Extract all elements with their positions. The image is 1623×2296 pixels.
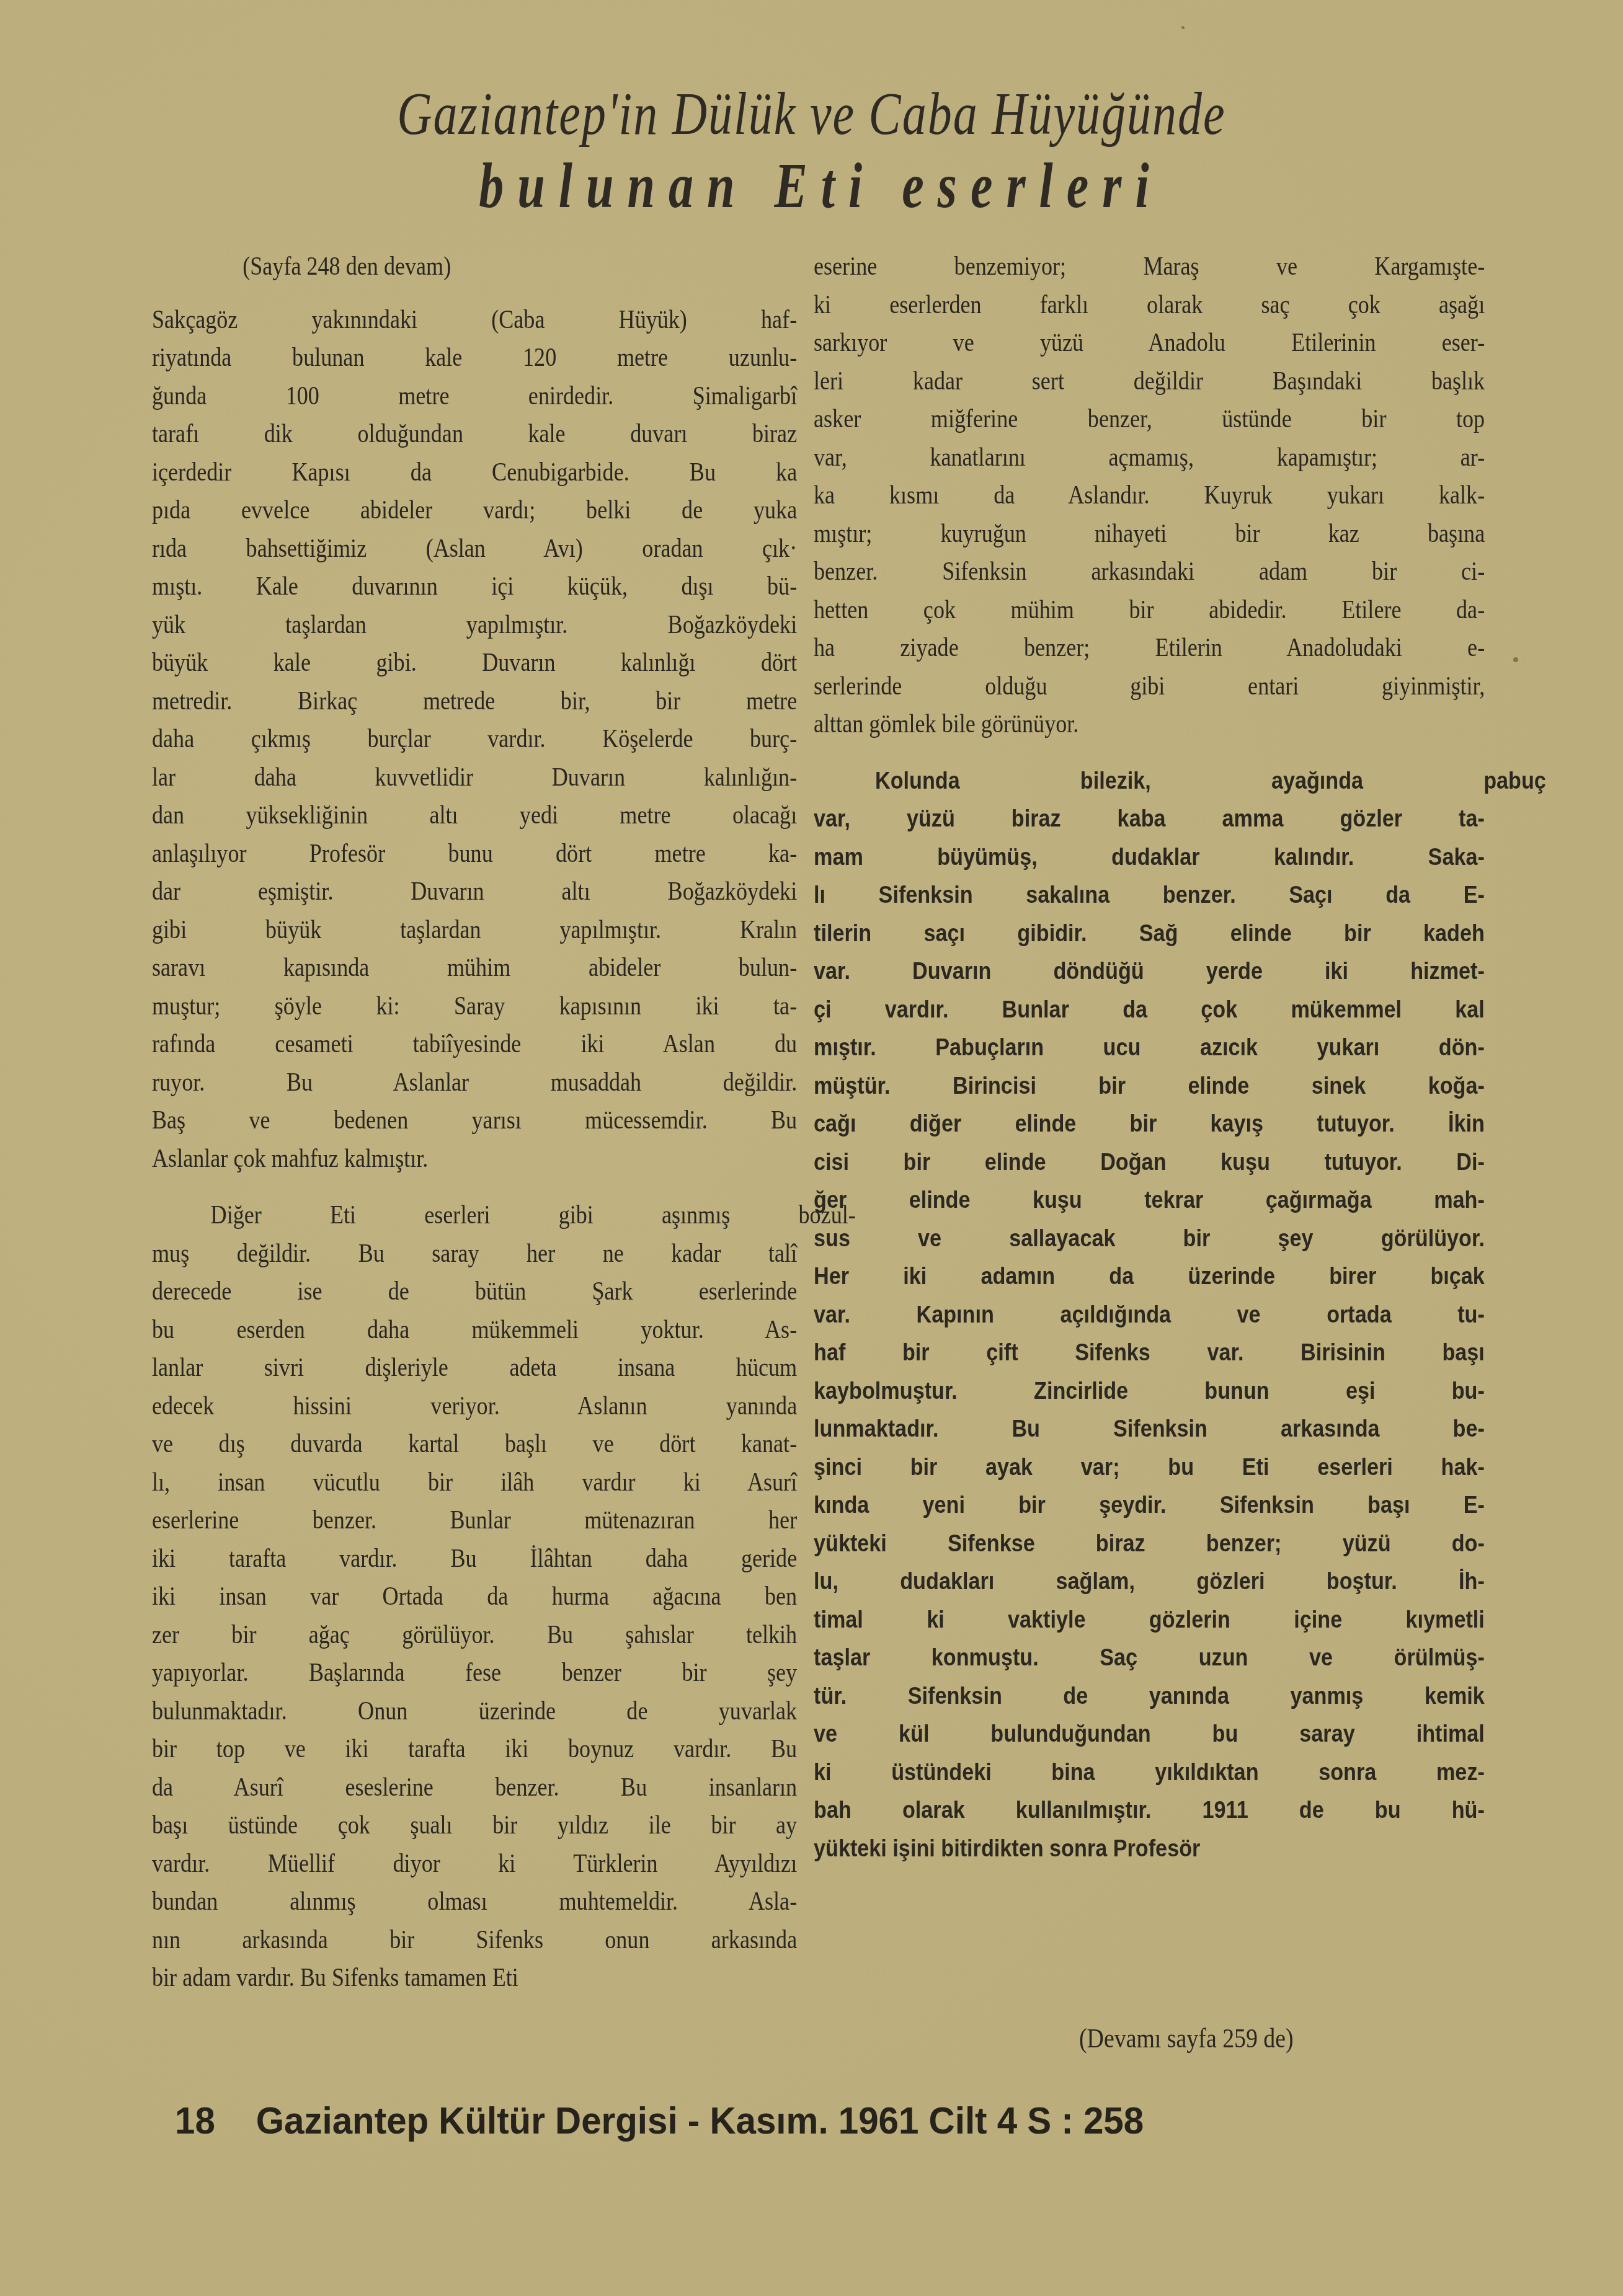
text-line: mıştır. Pabuçların ucu azıcık yukarı dön…	[814, 1029, 1485, 1068]
text-line: bundan alınmış olması muhtemeldir. Asla-	[152, 1883, 797, 1921]
text-line: ki eserlerden farklı olarak saç çok aşağ…	[814, 286, 1485, 325]
text-line: zer bir ağaç görülüyor. Bu şahıslar telk…	[152, 1616, 797, 1655]
text-line: gibi büyük taşlardan yapılmıştır. Kralın	[152, 911, 797, 950]
text-line: pıda evvelce abideler vardı; belki de yu…	[152, 492, 797, 530]
text-line: ha ziyade benzer; Etilerin Anadoludaki e…	[814, 629, 1485, 668]
text-line: Baş ve bedenen yarısı mücessemdir. Bu	[152, 1102, 797, 1140]
text-line: kaybolmuştur. Zincirlide bunun eşi bu-	[814, 1373, 1485, 1411]
left-paragraph-1: Sakçagöz yakınındaki (Caba Hüyük) haf-ri…	[152, 301, 797, 1179]
text-line: yükteki Sifenkse biraz benzer; yüzü do-	[814, 1525, 1485, 1564]
text-line: dar eşmiştir. Duvarın altı Boğazköydeki	[152, 873, 797, 911]
text-line: nın arkasında bir Sifenks onun arkasında	[152, 1921, 797, 1960]
continued-to-note: (Devamı sayfa 259 de)	[1079, 2023, 1294, 2054]
article-title-line-2: bulunan Eti eserleri	[0, 149, 1623, 223]
text-line: taşlar konmuştu. Saç uzun ve örülmüş-	[814, 1639, 1485, 1678]
text-line: ve dış duvarda kartal başlı ve dört kana…	[152, 1425, 797, 1464]
text-line: tarafı dik olduğundan kale duvarı biraz	[152, 415, 797, 454]
text-line: mam büyümüş, dudaklar kalındır. Saka-	[814, 839, 1485, 877]
text-line: cisi bir elinde Doğan kuşu tutuyor. Di-	[814, 1144, 1485, 1182]
right-paragraph-2: Kolunda bilezik, ayağında pabuçvar, yüzü…	[814, 763, 1485, 1869]
text-line: tilerin saçı gibidir. Sağ elinde bir kad…	[814, 915, 1485, 954]
text-line: çi vardır. Bunlar da çok mükemmel kal	[814, 991, 1485, 1030]
page-footer: 18Gaziantep Kültür Dergisi - Kasım. 1961…	[175, 2099, 1144, 2143]
continued-from-note: (Sayfa 248 den devam)	[152, 248, 887, 286]
text-line: saravı kapısında mühim abideler bulun-	[152, 949, 797, 988]
text-line: iki tarafta vardır. Bu İlâhtan daha geri…	[152, 1540, 797, 1579]
text-line: derecede ise de bütün Şark eserlerinde	[152, 1273, 797, 1311]
text-line: ruyor. Bu Aslanlar musaddah değildir.	[152, 1064, 797, 1102]
text-line: yapıyorlar. Başlarında fese benzer bir ş…	[152, 1654, 797, 1693]
text-line: vardır. Müellif diyor ki Türklerin Ayyıl…	[152, 1845, 797, 1884]
text-line: başı üstünde çok şualı bir yıldız ile bi…	[152, 1807, 797, 1845]
text-line: ğer elinde kuşu tekrar çağırmağa mah-	[814, 1182, 1485, 1220]
left-column: (Sayfa 248 den devam) Sakçagöz yakınında…	[152, 248, 797, 1998]
text-line: timal ki vaktiyle gözlerin içine kıymetl…	[814, 1602, 1485, 1640]
text-line: cağı diğer elinde bir kayış tutuyor. İki…	[814, 1106, 1485, 1144]
text-line: serlerinde olduğu gibi entari giyinmişti…	[814, 668, 1485, 706]
text-line: yükteki işini bitirdikten sonra Profesör	[814, 1830, 1485, 1869]
text-line: içerdedir Kapısı da Cenubigarbide. Bu ka	[152, 454, 797, 492]
text-line: lı Sifenksin sakalına benzer. Saçı da E-	[814, 877, 1485, 915]
text-line: da Asurî eseslerine benzer. Bu insanları…	[152, 1769, 797, 1807]
text-line: alttan gömlek bile görünüyor.	[814, 706, 1485, 744]
text-line: bir adam vardır. Bu Sifenks tamamen Eti	[152, 1959, 797, 1998]
text-line: ve kül bulunduğundan bu saray ihtimal	[814, 1716, 1485, 1754]
text-line: haf bir çift Sifenks var. Birisinin başı	[814, 1334, 1485, 1373]
text-line: daha çıkmış burçlar vardır. Köşelerde bu…	[152, 720, 797, 759]
right-paragraph-1: eserine benzemiyor; Maraş ve Kargamışte-…	[814, 248, 1485, 744]
text-line: var, yüzü biraz kaba amma gözler ta-	[814, 800, 1485, 839]
text-line: var. Kapının açıldığında ve ortada tu-	[814, 1296, 1485, 1335]
text-line: ki üstündeki bina yıkıldıktan sonra mez-	[814, 1754, 1485, 1793]
text-line: sus ve sallayacak bir şey görülüyor.	[814, 1220, 1485, 1259]
text-line: ka kısmı da Aslandır. Kuyruk yukarı kalk…	[814, 477, 1485, 515]
text-line: şinci bir ayak var; bu Eti eserleri hak-	[814, 1449, 1485, 1487]
text-line: ğunda 100 metre enirdedir. Şimaligarbî	[152, 378, 797, 416]
text-line: müştür. Birincisi bir elinde sinek koğa-	[814, 1068, 1485, 1106]
text-line: kında yeni bir şeydir. Sifenksin başı E-	[814, 1487, 1485, 1525]
publication-info: Gaziantep Kültür Dergisi - Kasım. 1961 C…	[256, 2099, 1144, 2142]
text-line: bir top ve iki tarafta iki boynuz vardır…	[152, 1731, 797, 1769]
text-line: eserlerine benzer. Bunlar mütenazıran he…	[152, 1502, 797, 1540]
text-line: sarkıyor ve yüzü Anadolu Etilerinin eser…	[814, 324, 1485, 363]
text-line: dan yüksekliğinin altı yedi metre olacağ…	[152, 797, 797, 835]
text-line: eserine benzemiyor; Maraş ve Kargamışte-	[814, 248, 1485, 286]
article-title-line-1: Gaziantep'in Dülük ve Caba Hüyüğünde	[0, 79, 1623, 149]
right-column: eserine benzemiyor; Maraş ve Kargamışte-…	[814, 248, 1485, 1868]
text-line: Kolunda bilezik, ayağında pabuç	[814, 763, 1546, 801]
text-line: benzer. Sifenksin arkasındaki adam bir c…	[814, 553, 1485, 592]
text-line: yük taşlardan yapılmıştır. Boğazköydeki	[152, 606, 797, 645]
text-line: lar daha kuvvetlidir Duvarın kalınlığın-	[152, 759, 797, 797]
text-line: Her iki adamın da üzerinde birer bıçak	[814, 1258, 1485, 1296]
text-line: edecek hissini veriyor. Aslanın yanında	[152, 1388, 797, 1426]
text-line: lu, dudakları sağlam, gözleri boştur. İh…	[814, 1563, 1485, 1602]
text-line: lunmaktadır. Bu Sifenksin arkasında be-	[814, 1411, 1485, 1449]
text-line: mıştır; kuyruğun nihayeti bir kaz başına	[814, 515, 1485, 554]
page-number: 18	[175, 2099, 215, 2142]
paper-speck	[1181, 26, 1185, 29]
text-line: hetten çok mühim bir abidedir. Etilere d…	[814, 592, 1485, 630]
text-line: var, kanatlarını açmamış, kapamıştır; ar…	[814, 439, 1485, 477]
text-line: Aslanlar çok mahfuz kalmıştır.	[152, 1140, 797, 1179]
text-line: metredir. Birkaç metrede bir, bir metre	[152, 683, 797, 721]
left-paragraph-2: Diğer Eti eserleri gibi aşınmış bozul-mu…	[152, 1197, 797, 1998]
text-line: muştur; şöyle ki: Saray kapısının iki ta…	[152, 988, 797, 1026]
text-line: var. Duvarın döndüğü yerde iki hizmet-	[814, 953, 1485, 991]
text-line: bah olarak kullanılmıştır. 1911 de bu hü…	[814, 1792, 1485, 1830]
text-line: riyatında bulunan kale 120 metre uzunlu-	[152, 339, 797, 378]
text-line: lı, insan vücutlu bir ilâh vardır ki Asu…	[152, 1464, 797, 1502]
text-line: bu eserden daha mükemmeli yoktur. As-	[152, 1311, 797, 1350]
text-line: büyük kale gibi. Duvarın kalınlığı dört	[152, 644, 797, 683]
paper-speck	[1513, 657, 1518, 662]
text-line: lanlar sivri dişleriyle adeta insana hüc…	[152, 1349, 797, 1388]
text-line: asker miğferine benzer, üstünde bir top	[814, 401, 1485, 439]
text-line: rafında cesameti tabiîyesinde iki Aslan …	[152, 1026, 797, 1064]
text-line: rıda bahsettiğimiz (Aslan Avı) oradan çı…	[152, 530, 797, 569]
text-line: muş değildir. Bu saray her ne kadar talî	[152, 1235, 797, 1274]
text-line: anlaşılıyor Profesör bunu dört metre ka-	[152, 835, 797, 874]
text-line: iki insan var Ortada da hurma ağacına be…	[152, 1578, 797, 1616]
text-line: bulunmaktadır. Onun üzerinde de yuvarlak	[152, 1693, 797, 1731]
text-line: tür. Sifenksin de yanında yanmış kemik	[814, 1678, 1485, 1716]
text-line: leri kadar sert değildir Başındaki başlı…	[814, 363, 1485, 401]
text-line: mıştı. Kale duvarının içi küçük, dışı bü…	[152, 568, 797, 606]
text-line: Diğer Eti eserleri gibi aşınmış bozul-	[152, 1197, 856, 1235]
text-line: Sakçagöz yakınındaki (Caba Hüyük) haf-	[152, 301, 797, 340]
